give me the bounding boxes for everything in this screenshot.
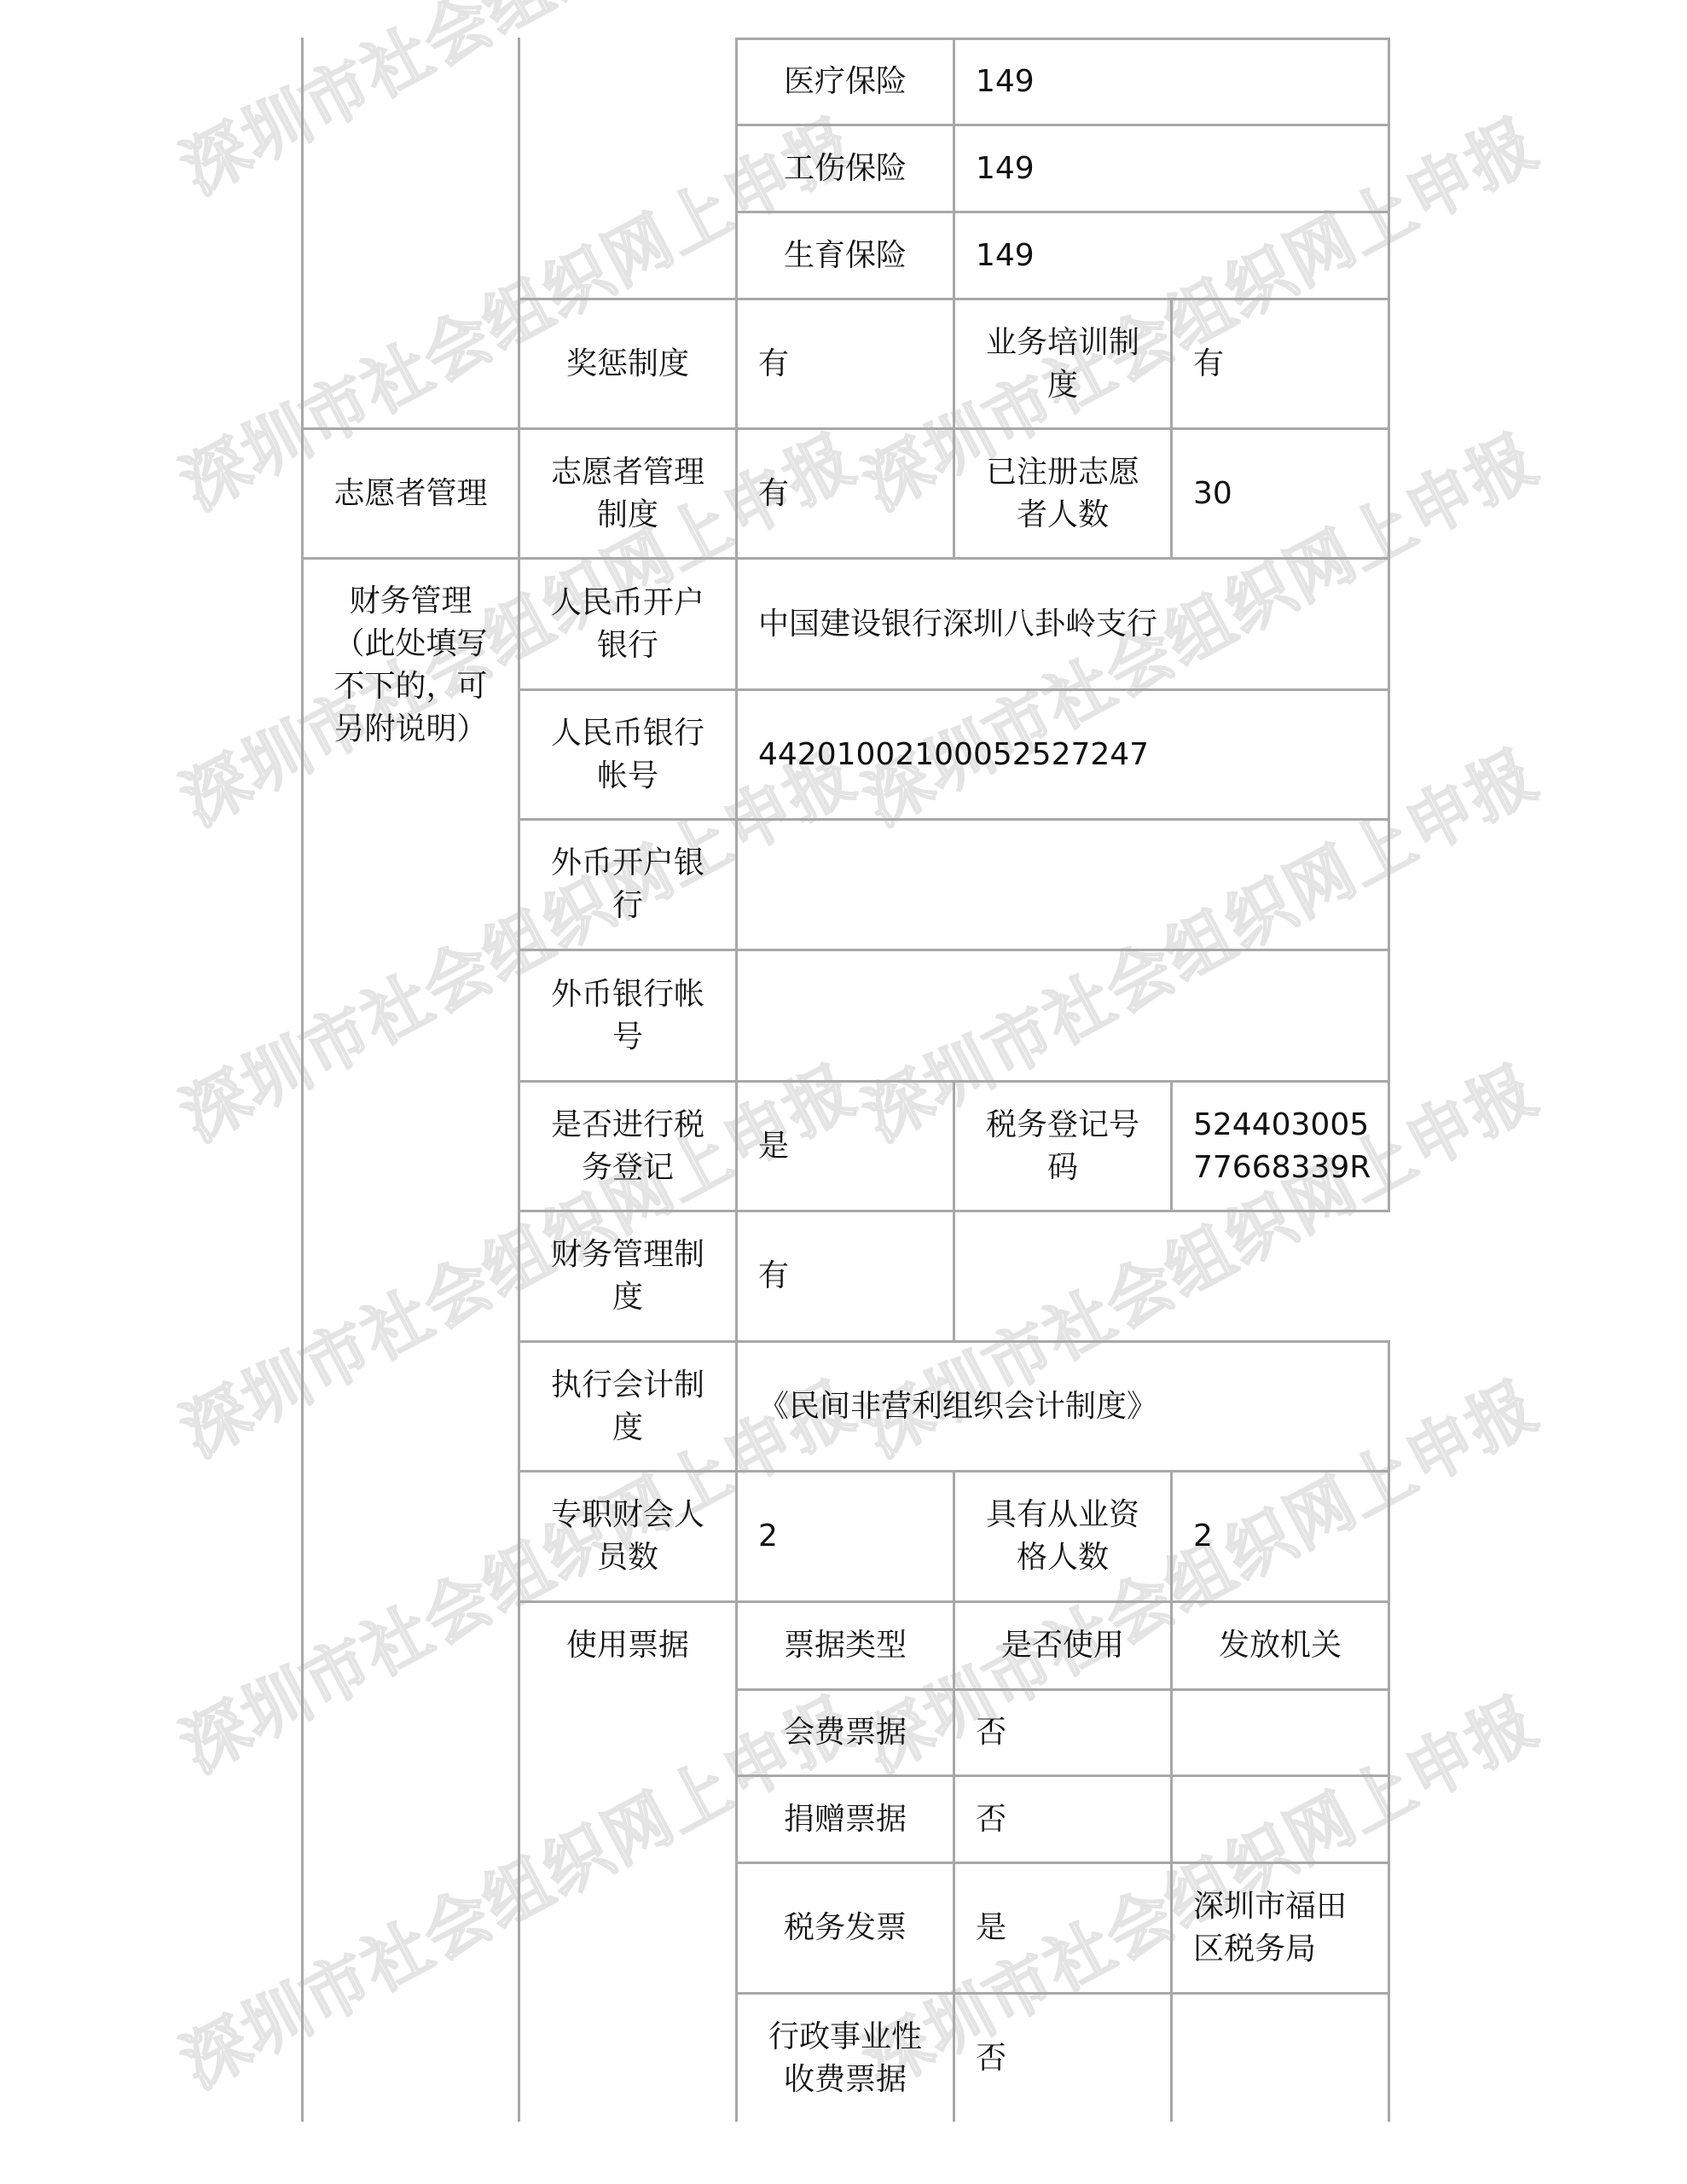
rmb-bank-value: 中国建设银行深圳八卦岭支行	[738, 560, 1388, 688]
volunteer-count-value: 30	[1173, 430, 1388, 557]
reward-punish-label: 奖惩制度	[520, 300, 735, 427]
insurance-label: 医疗保险	[738, 40, 953, 124]
tax-no-value: 524403005 77668339R	[1173, 1083, 1388, 1210]
bills-header-issuer: 发放机关	[1173, 1603, 1388, 1688]
bills-label: 使用票据	[520, 1603, 735, 1688]
insurance-value: 149	[955, 40, 1388, 124]
bills-header-type: 票据类型	[738, 1603, 953, 1688]
insurance-label: 生育保险	[738, 213, 953, 298]
bill-issuer	[1173, 1691, 1388, 1774]
table-border	[301, 38, 304, 2122]
bill-used: 是	[955, 1864, 1170, 1992]
table-border	[1388, 1340, 1390, 2122]
volunteer-section-label: 志愿者管理	[304, 430, 518, 557]
reward-punish-value: 有	[738, 300, 953, 427]
qualified-label: 具有从业资格人数	[955, 1472, 1170, 1600]
staff-value: 2	[738, 1472, 953, 1600]
accounting-label: 执行会计制度	[520, 1343, 735, 1470]
rmb-account-value: 44201002100052527247	[738, 691, 1388, 818]
training-value: 有	[1173, 300, 1388, 427]
rmb-account-label: 人民币银行帐号	[520, 691, 735, 818]
volunteer-system-label: 志愿者管理制度	[520, 430, 735, 557]
bill-used: 否	[955, 1691, 1170, 1774]
bill-type: 税务发票	[738, 1864, 953, 1992]
qualified-value: 2	[1173, 1472, 1388, 1600]
bill-issuer	[1173, 1777, 1388, 1862]
fx-account-value	[738, 951, 1388, 1080]
bill-used: 否	[955, 1995, 1170, 2122]
fx-account-label: 外币银行帐号	[520, 951, 735, 1080]
bill-issuer	[1173, 1995, 1388, 2122]
volunteer-system-value: 有	[738, 430, 953, 557]
bills-header-used: 是否使用	[955, 1603, 1170, 1688]
bill-type: 行政事业性收费票据	[738, 1995, 953, 2122]
training-label: 业务培训制度	[955, 300, 1170, 427]
table-border	[1388, 38, 1390, 1210]
tax-reg-value: 是	[738, 1083, 953, 1210]
accounting-value: 《民间非营利组织会计制度》	[738, 1343, 1388, 1470]
insurance-label: 工伤保险	[738, 126, 953, 211]
mgmt-system-value: 有	[738, 1212, 953, 1340]
fx-bank-label: 外币开户银行	[520, 821, 735, 949]
insurance-value: 149	[955, 213, 1388, 298]
finance-section-label: 财务管理（此处填写不下的，可另附说明）	[304, 560, 518, 901]
tax-no-label: 税务登记号码	[955, 1083, 1170, 1210]
rmb-bank-label: 人民币开户银行	[520, 560, 735, 688]
bill-used: 否	[955, 1777, 1170, 1862]
bill-type: 捐赠票据	[738, 1777, 953, 1862]
fx-bank-value	[738, 821, 1388, 949]
insurance-value: 149	[955, 126, 1388, 211]
mgmt-system-label: 财务管理制度	[520, 1212, 735, 1340]
staff-label: 专职财会人员数	[520, 1472, 735, 1600]
tax-reg-label: 是否进行税务登记	[520, 1083, 735, 1210]
bill-type: 会费票据	[738, 1691, 953, 1774]
bill-issuer: 深圳市福田区税务局	[1173, 1864, 1388, 1992]
volunteer-count-label: 已注册志愿者人数	[955, 430, 1170, 557]
